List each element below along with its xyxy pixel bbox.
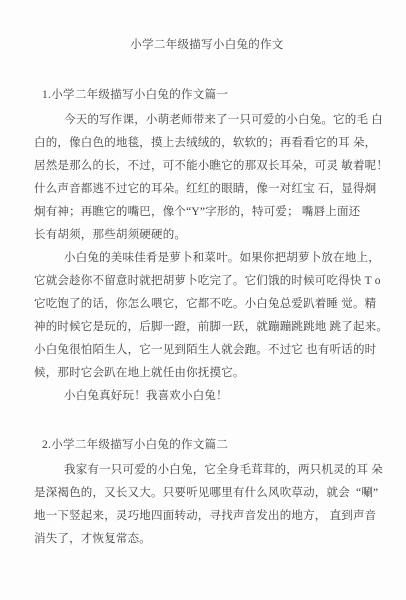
paragraph: 我家有一只可爱的小白兔，它全身毛茸茸的，两只机灵的耳 朵 是深褐色的，又长又大。… bbox=[34, 459, 380, 551]
text-line: 消失了，才恢复常态。 bbox=[34, 528, 380, 551]
text-line: 小白兔真好玩！我喜欢小白兔！ bbox=[34, 385, 380, 408]
paragraph: 小白兔的美味佳肴是萝卜和菜叶。如果你把胡萝卜放在地上， 它就会趁你不留意时就把胡… bbox=[34, 247, 380, 385]
section-2-heading: 2.小学二年级描写小白兔的作文篇二 bbox=[34, 438, 380, 452]
text-line: 它就会趁你不留意时就把胡萝卜吃完了。它们饿的时候可吃得快 T o bbox=[34, 270, 380, 293]
document-page: 小学二年级描写小白兔的作文 1.小学二年级描写小白兔的作文篇一 今天的写作课，小… bbox=[0, 0, 406, 600]
paragraph: 小白兔真好玩！我喜欢小白兔！ bbox=[34, 385, 380, 408]
essay-section-1: 1.小学二年级描写小白兔的作文篇一 今天的写作课，小萌老师带来了一只可爱的小白兔… bbox=[34, 88, 380, 408]
paragraph: 今天的写作课，小萌老师带来了一只可爱的小白兔。它的毛 白 白的，像白色的地毯，摸… bbox=[34, 109, 380, 247]
text-line: 小白兔很怕陌生人，它一见到陌生人就会跑。不过它 也有听话的时 bbox=[34, 339, 380, 362]
text-line: 今天的写作课，小萌老师带来了一只可爱的小白兔。它的毛 白 bbox=[34, 109, 380, 132]
section-1-heading: 1.小学二年级描写小白兔的作文篇一 bbox=[34, 88, 380, 102]
text-line: 居然是那么的长，不过，可不能小瞧它的那双长耳朵，可灵 敏着呢！ bbox=[34, 155, 380, 178]
text-line: 炯有神；再瞧它的嘴巴，像个“Y”字形的，特可爱； 嘴唇上面还 bbox=[34, 201, 380, 224]
document-title: 小学二年级描写小白兔的作文 bbox=[34, 38, 380, 52]
essay-section-2: 2.小学二年级描写小白兔的作文篇二 我家有一只可爱的小白兔，它全身毛茸茸的，两只… bbox=[34, 438, 380, 551]
text-line: 白的，像白色的地毯，摸上去绒绒的，软软的；再看看它的耳 朵， bbox=[34, 132, 380, 155]
text-line: 它吃饱了的话，你怎么喂它，它都不吃。小白兔总爱趴着睡 觉。精 bbox=[34, 293, 380, 316]
text-line: 小白兔的美味佳肴是萝卜和菜叶。如果你把胡萝卜放在地上， bbox=[34, 247, 380, 270]
text-line: 神的时候它是玩的，后脚一蹬，前脚一跃，就蹦蹦跳跳地 跳了起来。 bbox=[34, 316, 380, 339]
text-line: 地一下竖起来，灵巧地四面转动，寻找声音发出的地方， 直到声音 bbox=[34, 505, 380, 528]
text-line: 我家有一只可爱的小白兔，它全身毛茸茸的，两只机灵的耳 朵 bbox=[34, 459, 380, 482]
text-line: 候，那时它会趴在地上就任由你抚摸它。 bbox=[34, 362, 380, 385]
text-line: 长有胡须，那些胡须硬硬的。 bbox=[34, 224, 380, 247]
text-line: 什么声音都逃不过它的耳朵。红红的眼睛，像一对红宝 石，显得炯 bbox=[34, 178, 380, 201]
text-line: 是深褐色的，又长又大。只要听见哪里有什么风吹草动，就会 “唰” bbox=[34, 482, 380, 505]
